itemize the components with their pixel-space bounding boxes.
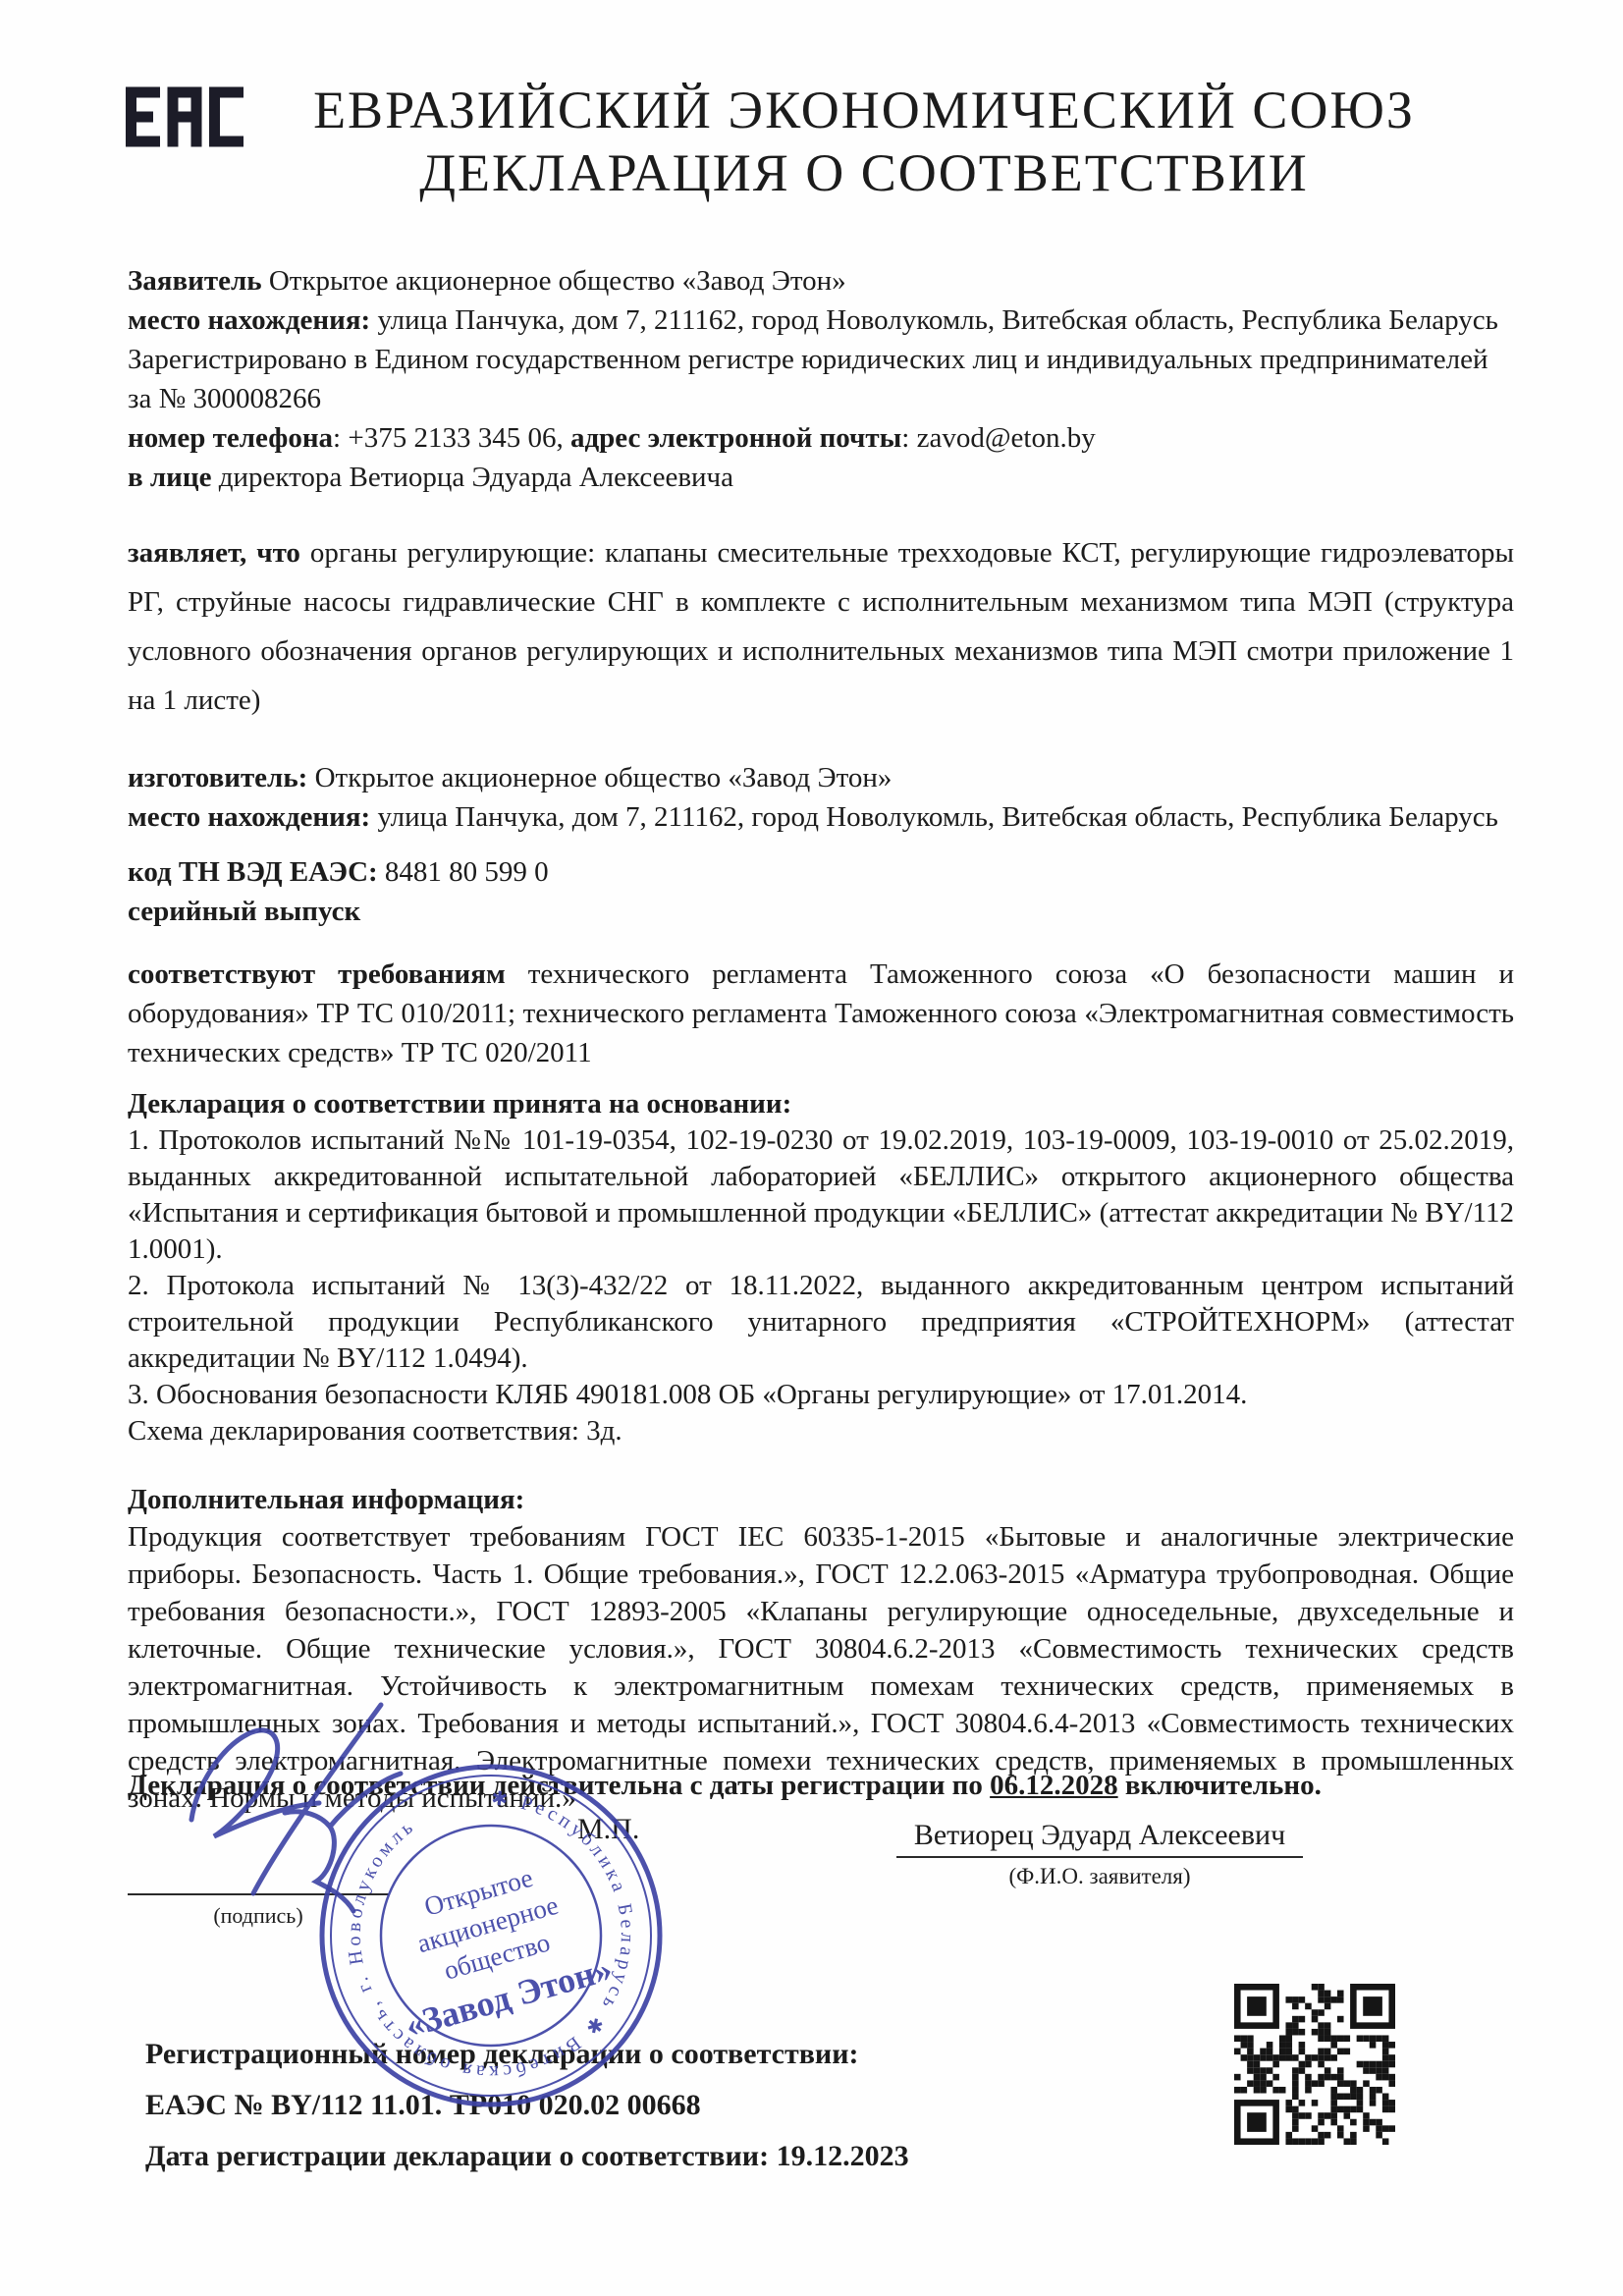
stamp-text-line: акционерное [414, 1890, 562, 1959]
applicant-line: Заявитель Открытое акционерное общество … [128, 261, 1514, 301]
declares-section: заявляет, что органы регулирующие: клапа… [128, 528, 1514, 725]
customs-code-section: код ТН ВЭД ЕАЭС: 8481 80 599 0 серийный … [128, 852, 1514, 931]
serial-release: серийный выпуск [128, 896, 360, 927]
manufacturer-section: изготовитель: Открытое акционерное общес… [128, 758, 1514, 837]
applicant-person-line: в лице директора Ветиорца Эдуарда Алексе… [128, 458, 1514, 497]
declarant-name: Ветиорец Эдуард Алексеевич [896, 1819, 1303, 1858]
compliance-section: соответствуют требованиям технического р… [128, 955, 1514, 1072]
declares-label: заявляет, что [128, 537, 300, 569]
stamp-text-line: общество [441, 1927, 554, 1985]
applicant-address-line: место нахождения: улица Панчука, дом 7, … [128, 301, 1514, 340]
stamp-place-mark: М.П. [577, 1813, 639, 1846]
basis-item: 1. Протоколов испытаний №№ 101-19-0354, … [128, 1122, 1514, 1268]
declarant-name-caption: (Ф.И.О. заявителя) [864, 1864, 1335, 1889]
manufacturer-label: изготовитель: [128, 762, 307, 793]
basis-section: Декларация о соответствии принята на осн… [128, 1086, 1514, 1449]
validity-date: 06.12.2028 [990, 1770, 1118, 1801]
title-declaration: ДЕКЛАРАЦИЯ О СООТВЕТСТВИИ [236, 141, 1492, 204]
registration-number: ЕАЭС № BY/112 11.01. ТР010 020.02 00668 [145, 2080, 1422, 2131]
compliance-label: соответствуют требованиям [128, 958, 506, 990]
registration-block: Регистрационный номер декларации о соотв… [145, 2029, 1422, 2182]
applicant-contacts-line: номер телефона: +375 2133 345 06, адрес … [128, 418, 1514, 458]
stamp-text-line: Открытое [421, 1863, 536, 1922]
eac-logo-icon [126, 57, 243, 177]
signature-line [128, 1893, 389, 1895]
basis-item: 3. Обоснования безопасности КЛЯБ 490181.… [128, 1377, 1514, 1413]
validity-line: Декларация о соответствии действительна … [128, 1766, 1514, 1805]
declaration-document: ЕВРАЗИЙСКИЙ ЭКОНОМИЧЕСКИЙ СОЮЗ ДЕКЛАРАЦИ… [0, 0, 1623, 2296]
code-label: код ТН ВЭД ЕАЭС: [128, 856, 378, 888]
declarant-name-block: Ветиорец Эдуард Алексеевич (Ф.И.О. заяви… [864, 1819, 1335, 1889]
applicant-label: Заявитель [128, 265, 262, 297]
code-value: 8481 80 599 0 [385, 856, 549, 888]
basis-heading: Декларация о соответствии принята на осн… [128, 1088, 791, 1120]
additional-heading: Дополнительная информация: [128, 1484, 524, 1515]
signature-caption: (подпись) [128, 1903, 389, 1929]
title-union: ЕВРАЗИЙСКИЙ ЭКОНОМИЧЕСКИЙ СОЮЗ [236, 79, 1492, 141]
registration-number-caption: Регистрационный номер декларации о соотв… [145, 2029, 1422, 2080]
document-title: ЕВРАЗИЙСКИЙ ЭКОНОМИЧЕСКИЙ СОЮЗ ДЕКЛАРАЦИ… [236, 79, 1492, 204]
applicant-registration-line: Зарегистрировано в Едином государственно… [128, 340, 1514, 418]
basis-scheme: Схема декларирования соответствия: 3д. [128, 1413, 1514, 1449]
registration-date: Дата регистрации декларации о соответств… [145, 2131, 1422, 2182]
applicant-section: Заявитель Открытое акционерное общество … [128, 261, 1514, 497]
basis-item: 2. Протокола испытаний № 13(3)-432/22 от… [128, 1268, 1514, 1377]
